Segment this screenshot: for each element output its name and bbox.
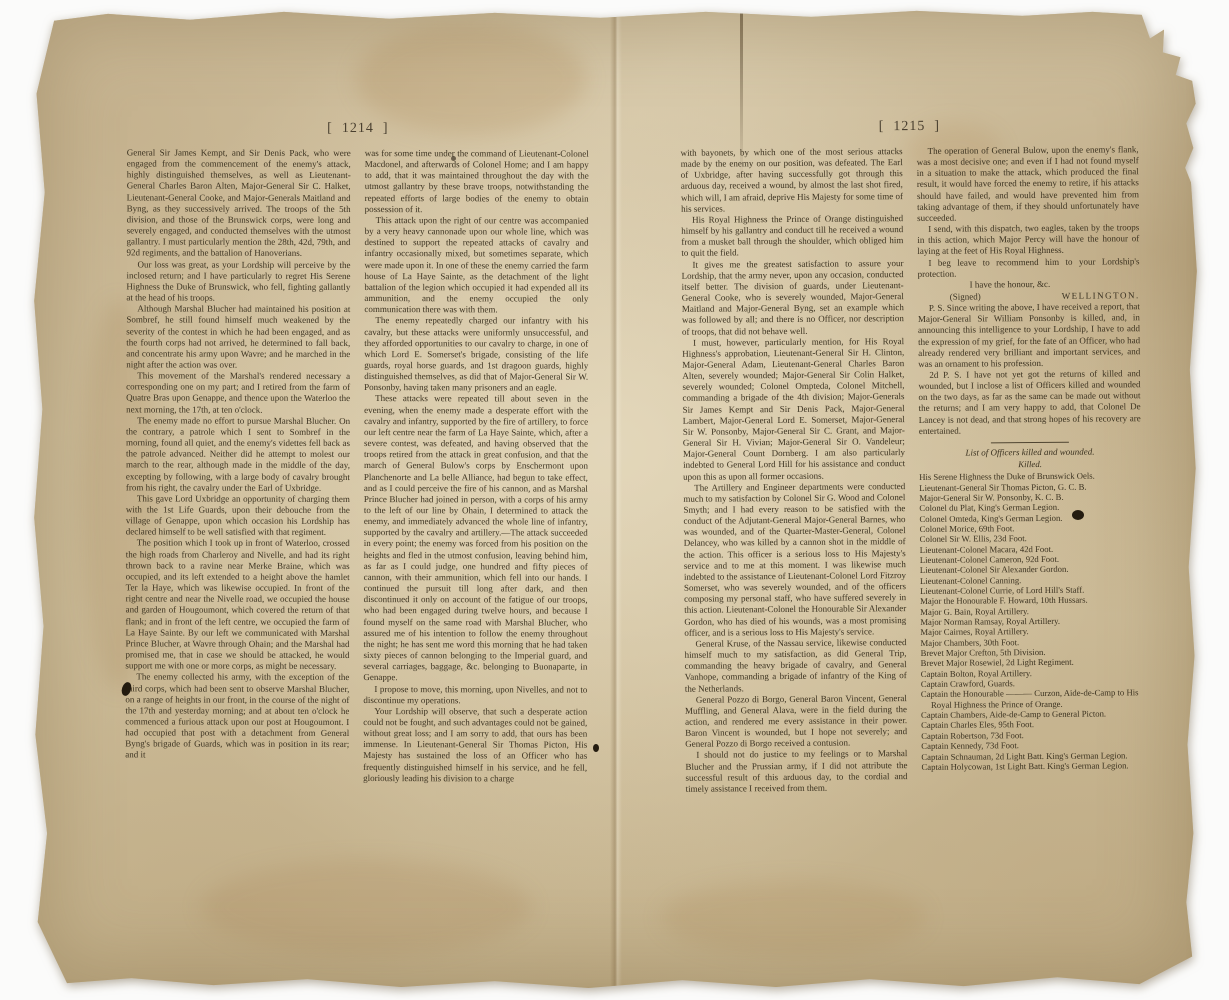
dispatch-paragraph: This attack upon the right of our centre…	[364, 215, 588, 316]
dispatch-paragraph: I send, with this dispatch, two eagles, …	[917, 222, 1139, 257]
dispatch-paragraph: This movement of the Marshal's rendered …	[126, 371, 350, 416]
dispatch-paragraph: The enemy repeatedly charged our infantr…	[364, 315, 588, 394]
postscript: P. S. Since writing the above, I have re…	[918, 301, 1141, 370]
killed-list-item: Captain the Honourable ——— Curzon, Aide-…	[921, 688, 1143, 710]
dispatch-paragraph: Your Lordship will observe, that such a …	[363, 706, 587, 785]
ink-spot	[593, 744, 599, 752]
gazette-paper: [ 1214 ] General Sir James Kempt, and Si…	[26, 5, 1198, 991]
dispatch-paragraph: The Artillery and Engineer departments w…	[683, 481, 906, 639]
dispatch-paragraph: was for some time under the command of L…	[365, 148, 589, 216]
dispatch-paragraph: It gives me the greatest satisfaction to…	[681, 258, 904, 338]
page-number-1214: [ 1214 ]	[127, 120, 589, 137]
dispatch-paragraph: with bayonets, by which one of the most …	[681, 146, 904, 215]
paper-stain	[356, 23, 586, 135]
dispatch-paragraph: I propose to move, this morning, upon Ni…	[363, 684, 587, 707]
center-fold-crease	[610, 5, 622, 991]
dispatch-paragraph: Our loss was great, as your Lordship wil…	[126, 259, 350, 304]
document-photo: [ 1214 ] General Sir James Kempt, and Si…	[26, 5, 1198, 991]
column-1: General Sir James Kempt, and Sir Denis P…	[125, 147, 351, 783]
section-divider-rule	[991, 442, 1069, 444]
killed-list-item: Captain Holycowan, 1st Light Batt. King'…	[921, 760, 1143, 772]
dispatch-paragraph: This gave Lord Uxbridge an opportunity o…	[126, 493, 350, 538]
second-postscript: 2d P. S. I have not yet got the returns …	[918, 368, 1141, 437]
page-1214: [ 1214 ] General Sir James Kempt, and Si…	[125, 120, 589, 784]
dispatch-paragraph: General Sir James Kempt, and Sir Denis P…	[127, 147, 351, 259]
dispatch-paragraph: These attacks were repeated till about s…	[363, 393, 588, 684]
dispatch-paragraph: I beg leave to recommend him to your Lor…	[917, 256, 1139, 280]
dispatch-paragraph: I should not do justice to my feelings o…	[685, 748, 907, 794]
dispatch-paragraph: Although Marshal Blucher had maintained …	[126, 304, 350, 372]
dispatch-paragraph: The position which I took up in front of…	[125, 538, 349, 672]
casualty-list-title: List of Officers killed and wounded.	[919, 446, 1141, 459]
page-1214-columns: General Sir James Kempt, and Sir Denis P…	[125, 147, 589, 784]
dispatch-paragraph: The operation of General Bulow, upon the…	[917, 144, 1140, 224]
column-3: with bayonets, by which one of the most …	[681, 146, 908, 795]
killed-officers-list: His Serene Highness the Duke of Brunswic…	[919, 470, 1143, 772]
dispatch-paragraph: His Royal Highness the Prince of Orange …	[681, 213, 903, 259]
killed-heading: Killed.	[919, 458, 1141, 471]
ink-spot	[1072, 510, 1084, 520]
column-4: The operation of General Bulow, upon the…	[917, 144, 1144, 793]
paper-stain	[661, 880, 926, 955]
signed-label: (Signed)	[950, 290, 981, 302]
dispatch-paragraph: General Kruse, of the Nassau service, li…	[684, 637, 906, 695]
page-1215: [ 1215 ] with bayonets, by which one of …	[680, 117, 1143, 795]
ink-spot	[451, 156, 456, 161]
column-2: was for some time under the command of L…	[363, 148, 589, 784]
page-1215-columns: with bayonets, by which one of the most …	[681, 144, 1144, 795]
dispatch-paragraph: General Pozzo di Borgo, General Baron Vi…	[685, 693, 907, 751]
paper-stain	[201, 860, 531, 955]
dispatch-paragraph: The enemy made no effort to pursue Marsh…	[126, 415, 350, 494]
signature-wellington: WELLINGTON.	[1062, 289, 1140, 302]
page-number-1215: [ 1215 ]	[680, 117, 1138, 137]
dispatch-paragraph: The enemy collected his army, with the e…	[125, 672, 349, 762]
dispatch-paragraph: I must, however, particularly mention, f…	[682, 336, 905, 483]
